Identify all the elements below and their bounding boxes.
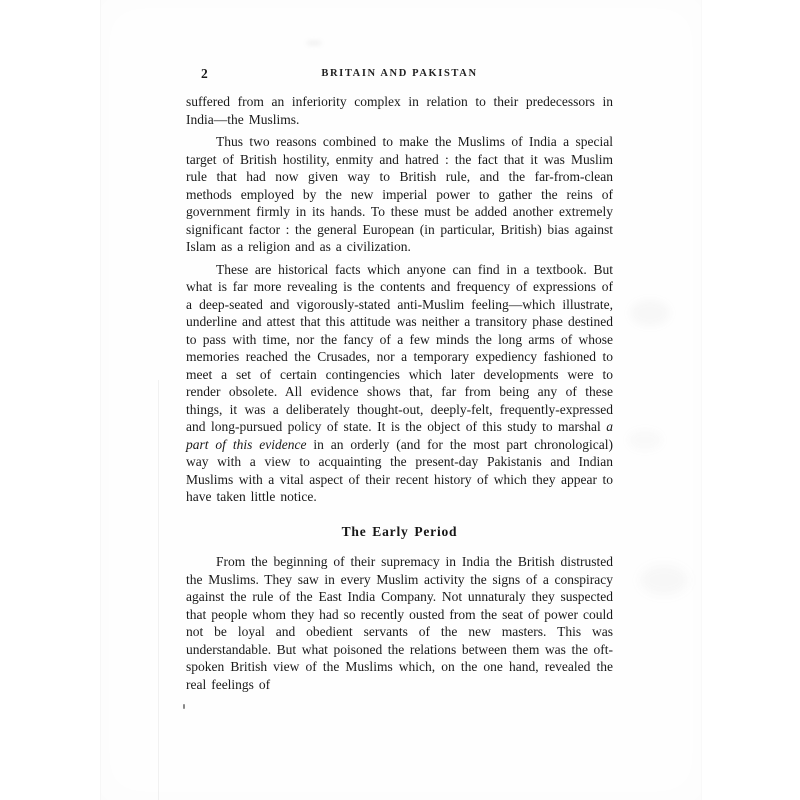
scan-canvas: 2 BRITAIN AND PAKISTAN suffered from an … [0,0,800,800]
paragraph-3: These are historical facts which anyone … [186,261,613,506]
page-body: suffered from an inferiority complex in … [186,93,613,698]
running-header: BRITAIN AND PAKISTAN [186,68,613,79]
paragraph-1: suffered from an inferiority complex in … [186,93,613,128]
book-page: 2 BRITAIN AND PAKISTAN suffered from an … [100,0,702,800]
paragraph-3-text-before: These are historical facts which anyone … [186,262,613,435]
section-heading: The Early Period [186,523,613,541]
paragraph-4: From the beginning of their supremacy in… [186,553,613,693]
paragraph-2: Thus two reasons combined to make the Mu… [186,133,613,256]
page-header: 2 BRITAIN AND PAKISTAN [186,66,613,82]
